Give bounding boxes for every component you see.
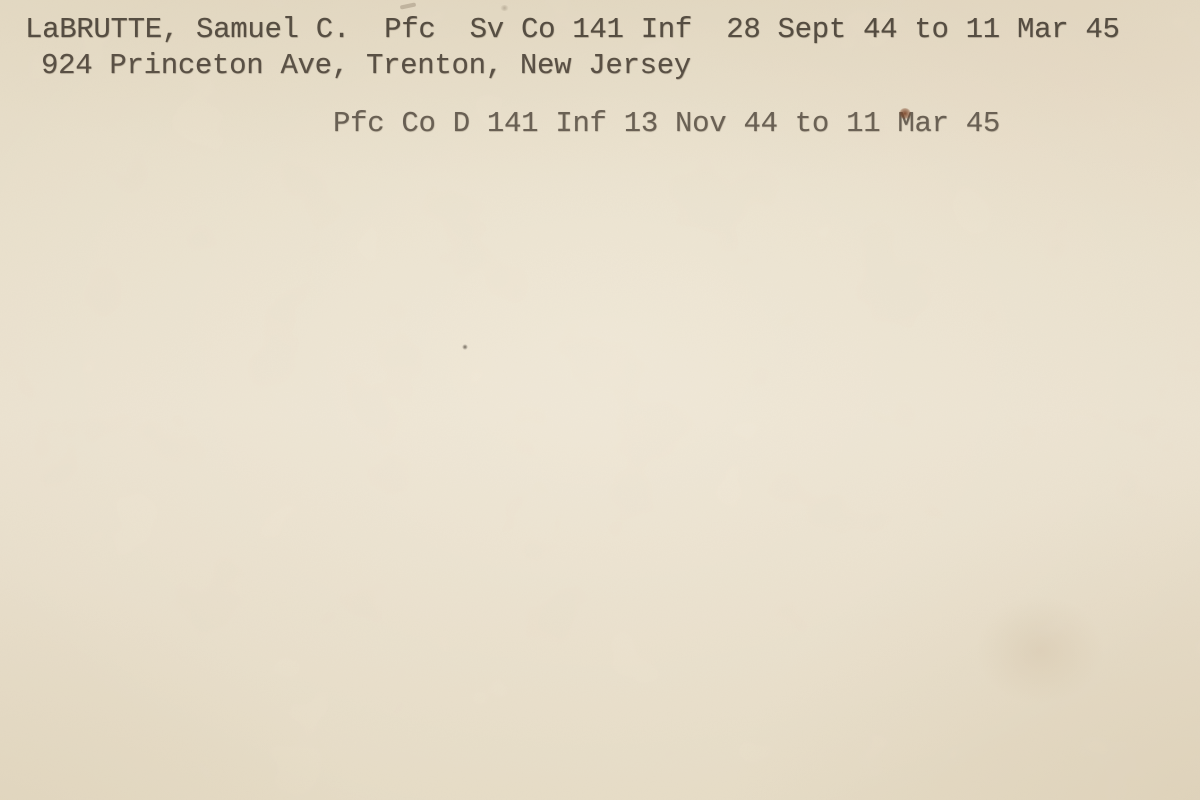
record-line-name-unit-dates: LaBRUTTE, Samuel C. Pfc Sv Co 141 Inf 28… bbox=[25, 15, 1120, 44]
service-record-card: LaBRUTTE, Samuel C. Pfc Sv Co 141 Inf 28… bbox=[0, 0, 1200, 800]
paper-edge-mark bbox=[400, 2, 416, 9]
paper-edge-mark bbox=[500, 5, 509, 11]
paper-stain bbox=[975, 595, 1105, 705]
red-ink-blot bbox=[899, 108, 911, 119]
record-line-address: 924 Princeton Ave, Trenton, New Jersey bbox=[41, 51, 691, 80]
ink-speck bbox=[462, 344, 468, 350]
